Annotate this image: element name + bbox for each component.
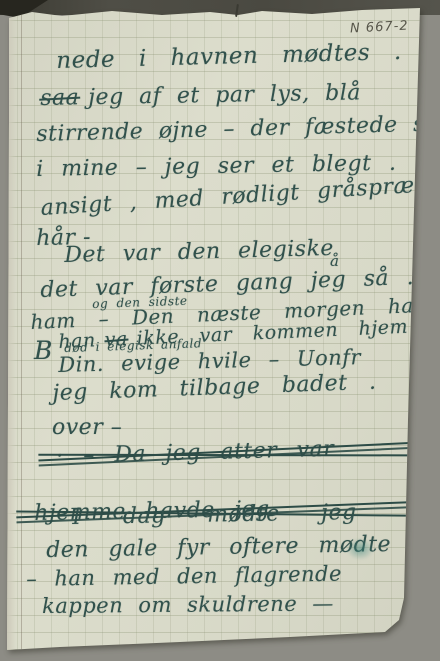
manuscript-line: I dag mødte jeg	[72, 500, 357, 530]
paper-shadow-wrap: N 667-2 nede i havnen mødtes . saajeg af…	[0, 0, 440, 661]
manuscript-line: saajeg af et par lys, blå	[40, 80, 361, 111]
manuscript-page: N 667-2 nede i havnen mødtes . saajeg af…	[0, 0, 440, 661]
torn-binding-edge	[0, 0, 16, 661]
manuscript-line: – han med den flagrende	[26, 561, 342, 591]
margin-initial: B	[34, 336, 53, 365]
manuscript-line: kappen om skuldrene —	[42, 591, 334, 618]
archival-number: N 667-2	[350, 18, 409, 36]
ink-smudge	[346, 538, 374, 560]
manuscript-line: stirrende øjne – der fæstede sig	[36, 111, 440, 147]
manuscript-line: over –	[52, 415, 122, 440]
manuscript-scan: N 667-2 nede i havnen mødtes . saajeg af…	[0, 0, 440, 661]
paper-crease	[21, 14, 22, 651]
manuscript-line: den gale fyr oftere mødte	[46, 532, 391, 563]
manuscript-line: Det var den elegiske	[64, 236, 334, 268]
struck-word: saa	[40, 85, 79, 111]
manuscript-line: nede i havnen mødtes .	[56, 39, 402, 74]
line-text: jeg af et par lys, blå	[88, 80, 361, 110]
